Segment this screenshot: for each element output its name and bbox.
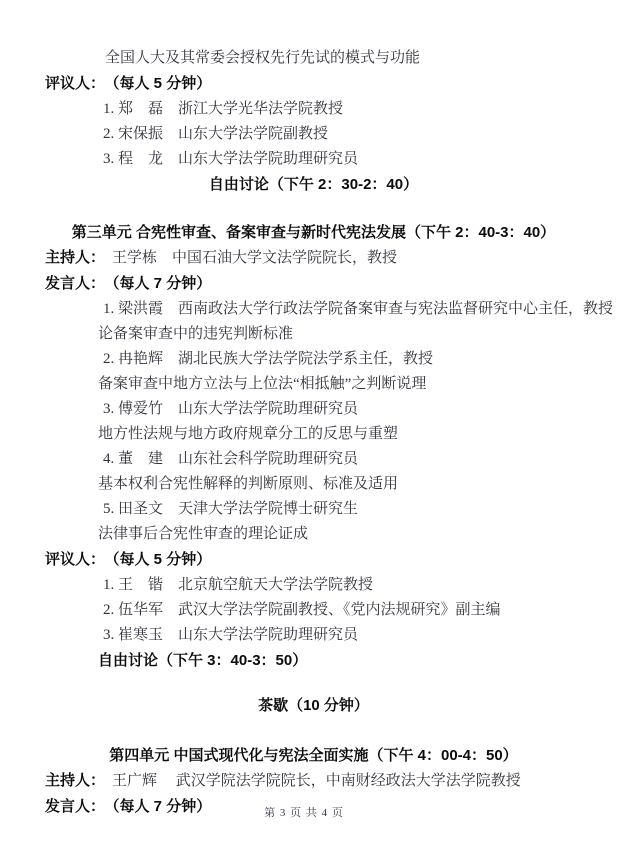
unit3-reviewers-label: 评议人： <box>45 551 105 568</box>
unit3-reviewers-note: （每人 5 分钟） <box>112 551 211 568</box>
unit3-speakers-label: 发言人： <box>45 275 105 292</box>
unit2-reviewers-note: （每人 5 分钟） <box>112 75 211 92</box>
unit2-reviewers-heading: 评议人：（每人 5 分钟） <box>45 71 582 97</box>
unit3-reviewers-heading: 评议人：（每人 5 分钟） <box>45 547 582 573</box>
unit4-title: 第四单元 中国式现代化与宪法全面实施（下午 4：00-4：50） <box>45 743 582 768</box>
unit3-speaker-paper-line: 法律事后合宪性审查的理论证成 <box>45 522 582 547</box>
unit2-paper-carryover: 全国人大及其常委会授权先行先试的模式与功能 <box>45 46 582 71</box>
unit3-title: 第三单元 合宪性审查、备案审查与新时代宪法发展（下午 2：40-3：40） <box>45 220 582 245</box>
unit4-host-line: 主持人：王广辉 武汉学院法学院院长，中南财经政法大学法学院教授 <box>45 768 582 794</box>
unit2-reviewer-item: 1. 郑 磊 浙江大学光华法学院教授 <box>45 97 582 122</box>
unit2-reviewer-item: 3. 程 龙 山东大学法学院助理研究员 <box>45 147 582 172</box>
unit4-host-name: 王广辉 武汉学院法学院院长，中南财经政法大学法学院教授 <box>112 773 521 789</box>
unit2-reviewers-label: 评议人： <box>45 75 105 92</box>
tea-break-line: 茶歇（10 分钟） <box>45 693 582 718</box>
unit3-speakers-heading: 发言人：（每人 7 分钟） <box>45 271 582 297</box>
unit3-speaker-paper-line: 基本权利合宪性解释的判断原则、标准及适用 <box>45 472 582 497</box>
unit3-speaker-paper-line: 备案审查中地方立法与上位法“相抵触”之判断说理 <box>45 372 582 397</box>
unit2-free-discussion: 自由讨论（下午 2：30-2：40） <box>45 172 582 197</box>
unit3-reviewer-item: 3. 崔寒玉 山东大学法学院助理研究员 <box>45 623 582 648</box>
unit3-speaker-paper-line: 论备案审查中的违宪判断标准 <box>45 322 582 347</box>
page-number-footer: 第 3 页 共 4 页 <box>0 806 608 820</box>
unit3-host-label: 主持人： <box>45 249 105 266</box>
unit3-reviewer-item: 1. 王 锴 北京航空航天大学法学院教授 <box>45 573 582 598</box>
unit3-speaker-paper-line: 地方性法规与地方政府规章分工的反思与重塑 <box>45 422 582 447</box>
unit3-reviewer-item: 2. 伍华军 武汉大学法学院副教授、《党内法规研究》副主编 <box>45 598 582 623</box>
unit3-host-line: 主持人：王学栋 中国石油大学文法学院院长，教授 <box>45 245 582 271</box>
unit3-speaker-name-line: 3. 傅爱竹 山东大学法学院助理研究员 <box>45 397 582 422</box>
unit3-speakers-note: （每人 7 分钟） <box>112 275 211 292</box>
unit3-speaker-name-line: 4. 董 建 山东社会科学院助理研究员 <box>45 447 582 472</box>
unit3-speaker-name-line: 1. 梁洪霞 西南政法大学行政法学院备案审查与宪法监督研究中心主任，教授 <box>45 297 582 322</box>
unit3-free-discussion: 自由讨论（下午 3：40-3：50） <box>45 648 582 673</box>
unit3-speaker-name-line: 5. 田圣文 天津大学法学院博士研究生 <box>45 497 582 522</box>
unit3-speaker-name-line: 2. 冉艳辉 湖北民族大学法学院法学系主任，教授 <box>45 347 582 372</box>
unit3-host-name: 王学栋 中国石油大学文法学院院长，教授 <box>112 250 397 266</box>
agenda-document-page: 全国人大及其常委会授权先行先试的模式与功能 评议人：（每人 5 分钟） 1. 郑… <box>0 0 622 863</box>
unit4-host-label: 主持人： <box>45 772 105 789</box>
unit2-reviewer-item: 2. 宋保振 山东大学法学院副教授 <box>45 122 582 147</box>
